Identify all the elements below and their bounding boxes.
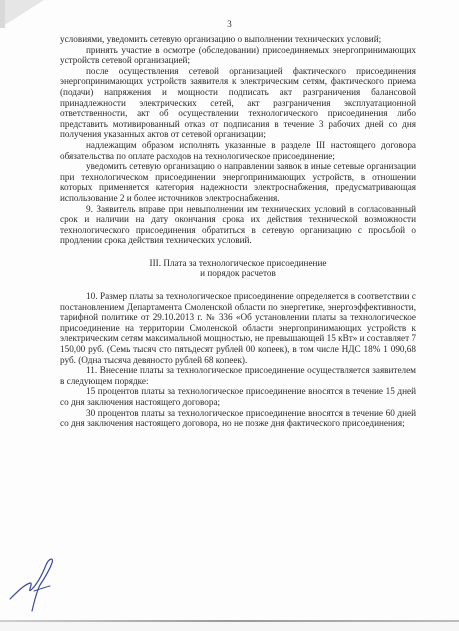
paragraph: 15 процентов платы за технологическое пр… [60,386,416,407]
paragraph: после осуществления сетевой организацией… [60,66,416,140]
signature-icon [8,555,58,618]
paragraph: принять участие в осмотре (обследовании)… [60,45,416,66]
page-number: 3 [0,19,459,29]
paragraph: 11. Внесение платы за технологическое пр… [60,365,416,386]
section-heading-line1: III. Плата за технологическое присоедине… [150,258,327,268]
scanner-background [0,622,459,631]
paragraph: надлежащим образом исполнять указанные в… [60,140,416,161]
section-heading-line2: и порядок расчетов [200,268,276,278]
document-page: 3 условиями, уведомить сетевую организац… [0,0,459,621]
paragraph: 9. Заявитель вправе при невыполнении им … [60,204,416,246]
paragraph: 30 процентов платы за технологическое пр… [60,408,416,429]
section-heading: III. Плата за технологическое присоедине… [60,258,416,279]
paragraph: уведомить сетевую организацию о направле… [60,161,416,203]
paragraph: 10. Размер платы за технологическое прис… [60,291,416,365]
paragraph: условиями, уведомить сетевую организацию… [60,34,416,45]
document-body: условиями, уведомить сетевую организацию… [60,34,416,429]
